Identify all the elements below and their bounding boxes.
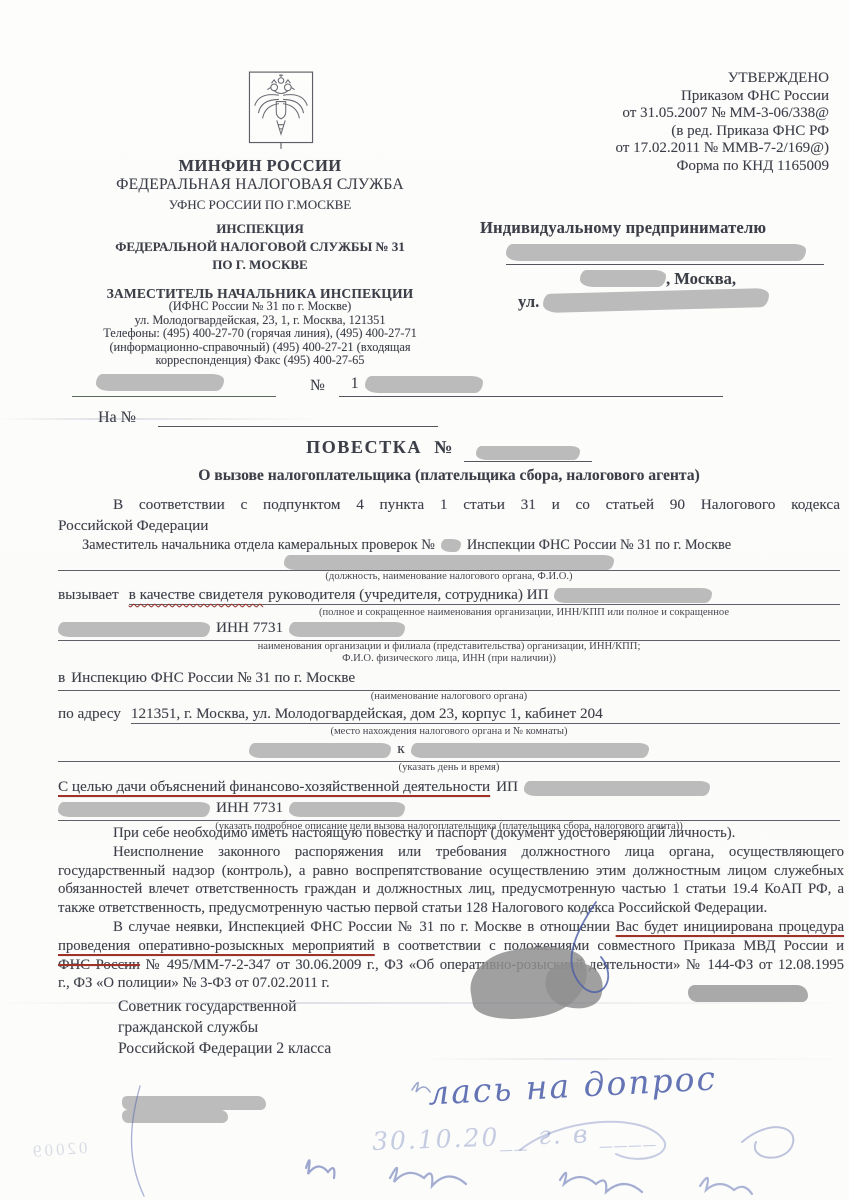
document-fields: ПОВЕСТКА № О вызове налогоплательщика (п… [58,437,840,833]
number-prefix: 1 [351,375,359,393]
approval-line: от 17.02.2011 № ММВ-7-2/169@) [509,140,829,158]
recipient-city-line: , Москва, [480,269,836,289]
org-name: МИНФИН РОССИИ [58,156,462,176]
tax-authority-field: в Инспекцию ФНС России № 31 по г. Москве [58,669,840,691]
redaction-smudge [524,781,710,796]
datetime-field: к [58,740,840,762]
legal-basis-line: Российской Федерации [58,515,840,536]
approval-block: УТВЕРЖДЕНО Приказом ФНС России от 31.05.… [509,70,829,175]
signer-rank-line: гражданской службы [118,1017,331,1038]
summon-rest: руководителя (учредителя, сотрудника) ИП [268,586,548,604]
datetime-label: к [397,740,404,758]
contact-line: (ИФНС России № 31 по г. Москве) [48,300,472,314]
redaction-smudge [441,539,461,552]
field-caption: Ф.И.О. физического лица, ИНН (при наличи… [58,653,840,665]
noshow-red-struck: ФНС России [58,957,140,973]
contact-line: ул. Молодогвардейская, 23, 1, г. Москва,… [48,314,472,328]
recipient-block: Индивидуальному предпринимателю , Москва… [480,218,836,312]
inn-label: ИНН 7731 [216,799,283,817]
letterhead-contact-block: (ИФНС России № 31 по г. Москве) ул. Моло… [48,300,472,368]
field-caption: (место нахождения налогового органа и № … [58,726,840,738]
field-caption: наименования организации и филиала (пред… [58,641,840,653]
recipient-street-line: ул. [518,291,836,312]
redaction-smudge [365,376,483,393]
approval-line: от 31.05.2007 № ММ-3-06/338@ [509,105,829,123]
paragraph-bring-documents: При себе необходимо иметь настоящую пове… [58,824,844,843]
contact-line: корреспонденция) Факс (495) 400-27-65 [48,354,472,368]
noshow-text: В случае неявки, Инспекцией ФНС России №… [113,919,610,935]
org-name: ИНСПЕКЦИЯ [58,221,462,237]
recipient-name-line [506,244,824,265]
document-title: ПОВЕСТКА № [58,437,840,461]
redaction-bar-bottom-left [122,1096,266,1110]
summon-red-underlined: в качестве свидетеля [129,586,263,604]
redaction-smudge [476,446,580,460]
reply-label: На № [98,409,136,427]
purpose-ip: ИП [496,778,518,796]
address-value: 121351, г. Москва, ул. Молодогвардейская… [131,705,840,724]
redaction-smudge [411,743,649,758]
field-caption: (указать день и время) [58,762,840,774]
signature-block: Советник государственной гражданской слу… [118,996,331,1059]
outgoing-number-field: 1 [339,372,723,397]
contact-line: Телефоны: (495) 400-27-70 (горячая линия… [48,327,472,341]
field-caption: (наименование налогового органа) [58,691,840,703]
scanned-document-page: УТВЕРЖДЕНО Приказом ФНС России от 31.05.… [0,0,849,1200]
official-position-post: Инспекции ФНС России № 31 по г. Москве [467,537,731,554]
legal-basis-paragraph: В соответствии с подпунктом 4 пункта 1 с… [58,494,840,536]
scan-crease [420,1058,849,1060]
address-text: 121351, г. Москва, ул. Молодогвардейская… [131,705,603,723]
inn-field-1: ИНН 7731 [58,619,840,641]
noshow-text: в соответствии с положениями совместного… [383,938,844,954]
official-position-line: Заместитель начальника отдела камеральны… [58,537,840,554]
handwritten-note: лась на допрос [427,1058,718,1112]
contact-line: (информационно-справочный) (495) 400-27-… [48,341,472,355]
redaction-smudge [96,374,224,391]
org-name: УФНС РОССИИ ПО Г.МОСКВЕ [58,197,462,213]
document-subtitle: О вызове налогоплательщика (плательщика … [58,467,840,485]
approval-line: УТВЕРЖДЕНО [509,70,829,88]
signer-rank-line: Советник государственной [118,996,331,1017]
org-name: ПО Г. МОСКВЕ [58,257,462,273]
outgoing-date-field [72,372,276,397]
redaction-smudge [506,244,806,261]
redaction-smudge [58,802,210,817]
noshow-red-underlined: Вас будет инициирована процедура [616,919,844,935]
address-field: по адресу 121351, г. Москва, ул. Молодог… [58,705,840,726]
inn-label: ИНН 7731 [216,619,283,637]
address-label: по адресу [58,705,121,723]
paragraph-liability-line: также ответственность, предусмотренную ч… [58,899,844,918]
bleed-through-text: 02009 [29,1138,88,1162]
number-sign: № [434,437,454,457]
redaction-smudge [58,622,210,637]
redaction-smudge [284,555,614,570]
redaction-smudge [289,622,405,637]
approval-line: Приказом ФНС России [509,88,829,106]
handwritten-date: 30.10.20__ г. в ____ [372,1117,658,1156]
official-name-line [58,554,840,570]
summon-field: вызывает в качестве свидетеля руководите… [58,586,840,607]
approval-line: Форма по КНД 1165009 [509,158,829,176]
purpose-field: С целью дачи объяснений финансово-хозяйс… [58,778,840,799]
redaction-bar-signer-name [688,985,808,1002]
reply-number-field [158,404,438,427]
title-text: ПОВЕСТКА [306,437,422,457]
summon-label: вызывает [58,586,119,604]
paragraph-liability-line: государственный надзор (контроль), а рав… [58,862,844,881]
redaction-smudge [289,802,405,817]
signer-rank-line: Российской Федерации 2 класса [118,1038,331,1059]
paragraph-liability-line: обязанностей влечет ответственность граж… [58,880,844,899]
redaction-bar-bottom-left [122,1110,228,1123]
summon-value: в качестве свидетеля руководителя (учред… [129,586,840,605]
body-paragraphs: При себе необходимо иметь настоящую пове… [58,824,844,993]
redaction-smudge [580,270,666,287]
redaction-smudge [249,743,391,758]
redaction-smudge [554,588,712,603]
approval-line: (в ред. Приказа ФНС РФ [509,123,829,141]
org-name: ФЕДЕРАЛЬНОЙ НАЛОГОВОЙ СЛУЖБЫ № 31 [58,239,462,255]
legal-basis-line: В соответствии с подпунктом 4 пункта 1 с… [58,494,840,515]
paragraph-noshow-line: В случае неявки, Инспекцией ФНС России №… [58,918,844,937]
paragraph-noshow-line: проведения оперативно-розыскных мероприя… [58,937,844,956]
inn-field-2: ИНН 7731 [58,799,840,821]
number-sign: № [310,377,325,395]
field-caption: (должность, наименование налогового орга… [58,571,840,583]
letterhead-org-block: МИНФИН РОССИИ ФЕДЕРАЛЬНАЯ НАЛОГОВАЯ СЛУЖ… [58,156,462,302]
field-caption: (полное и сокращенное наименования орган… [58,607,840,619]
summons-number-field [464,441,592,462]
recipient-type: Индивидуальному предпринимателю [480,218,836,238]
paragraph-noshow-line: ФНС России № 495/ММ-7-2-347 от 30.06.200… [58,956,844,975]
purpose-red-underlined: С целью дачи объяснений финансово-хозяйс… [58,778,490,796]
official-position-pre: Заместитель начальника отдела камеральны… [82,537,435,554]
paragraph-liability-line: Неисполнение законного распоряжения или … [58,843,844,862]
reference-line: № 1 [72,372,723,397]
reply-to-line: На № [98,404,438,427]
street-label: ул. [518,292,539,311]
place-value: Инспекцию ФНС России № 31 по г. Москве [71,669,355,687]
recipient-city: , Москва, [666,269,736,288]
redaction-smudge [543,288,769,313]
place-label: в [58,669,65,687]
noshow-red-underlined: проведения оперативно-розыскных мероприя… [58,938,375,954]
org-name: ФЕДЕРАЛЬНАЯ НАЛОГОВАЯ СЛУЖБА [58,176,462,194]
coat-of-arms-icon [247,70,315,157]
